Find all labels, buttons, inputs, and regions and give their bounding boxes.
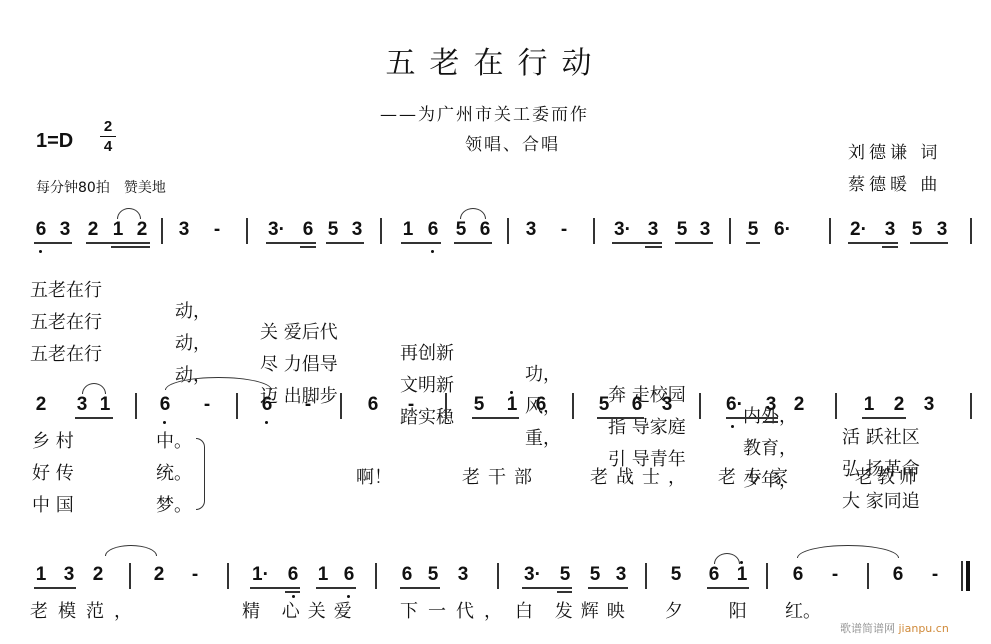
lyric-line-1: 老模范，	[30, 597, 142, 623]
lyric-line-2: 精 心关爱	[242, 597, 360, 623]
verse-brace	[196, 438, 205, 510]
staff-system-2: 2 31 6- 6- 6- 516 563 6·32 123	[0, 395, 991, 435]
refrain-cadres: 老干部	[462, 463, 540, 489]
time-signature: 2 4	[100, 118, 116, 155]
watermark: 歌谱简谱网 jianpu.cn	[840, 620, 949, 636]
lyric-verse-1: 乡 村	[32, 427, 74, 453]
lyric-verse-3: 中 国	[32, 491, 74, 517]
performance-type: 领唱、合唱	[465, 130, 560, 155]
refrain-teachers: 老教师	[855, 463, 921, 489]
lyric-line-3: 下一代，	[400, 597, 512, 623]
lyric-verse-1-end: 中。	[156, 427, 192, 453]
watermark-cn: 歌谱简谱网	[840, 622, 895, 635]
lyricist: 刘德谦 词	[848, 138, 941, 163]
lyric-verse-3-end: 梦。	[156, 491, 192, 517]
time-sig-bar	[100, 136, 116, 137]
refrain-ah: 啊！	[356, 463, 392, 489]
time-sig-bottom: 4	[100, 138, 116, 155]
watermark-url: jianpu.cn	[899, 622, 949, 635]
lyric-line-4: 白 发辉映	[515, 597, 633, 623]
time-sig-top: 2	[100, 118, 116, 135]
lyric-verse-2: 好 传	[32, 459, 74, 485]
tempo-marking: 每分钟80拍 赞美地	[36, 177, 166, 197]
refrain-experts: 老专家	[718, 463, 796, 489]
song-title: 五老在行动	[0, 38, 991, 82]
refrain-soldiers: 老战士，	[590, 463, 694, 489]
staff-system-1: 63 212 3- 3·6 53 16 56 3- 3·3 53 56· 2·3…	[0, 220, 991, 260]
lyric-line-6: 红。	[785, 597, 821, 623]
composer: 蔡德暖 曲	[848, 170, 941, 195]
lyric-verse-2-end: 统。	[156, 459, 192, 485]
lyric-line-5: 夕 阳	[665, 597, 767, 623]
key-signature: 1=D	[36, 130, 73, 153]
dedication: ——为广州市关工委而作	[380, 100, 589, 125]
